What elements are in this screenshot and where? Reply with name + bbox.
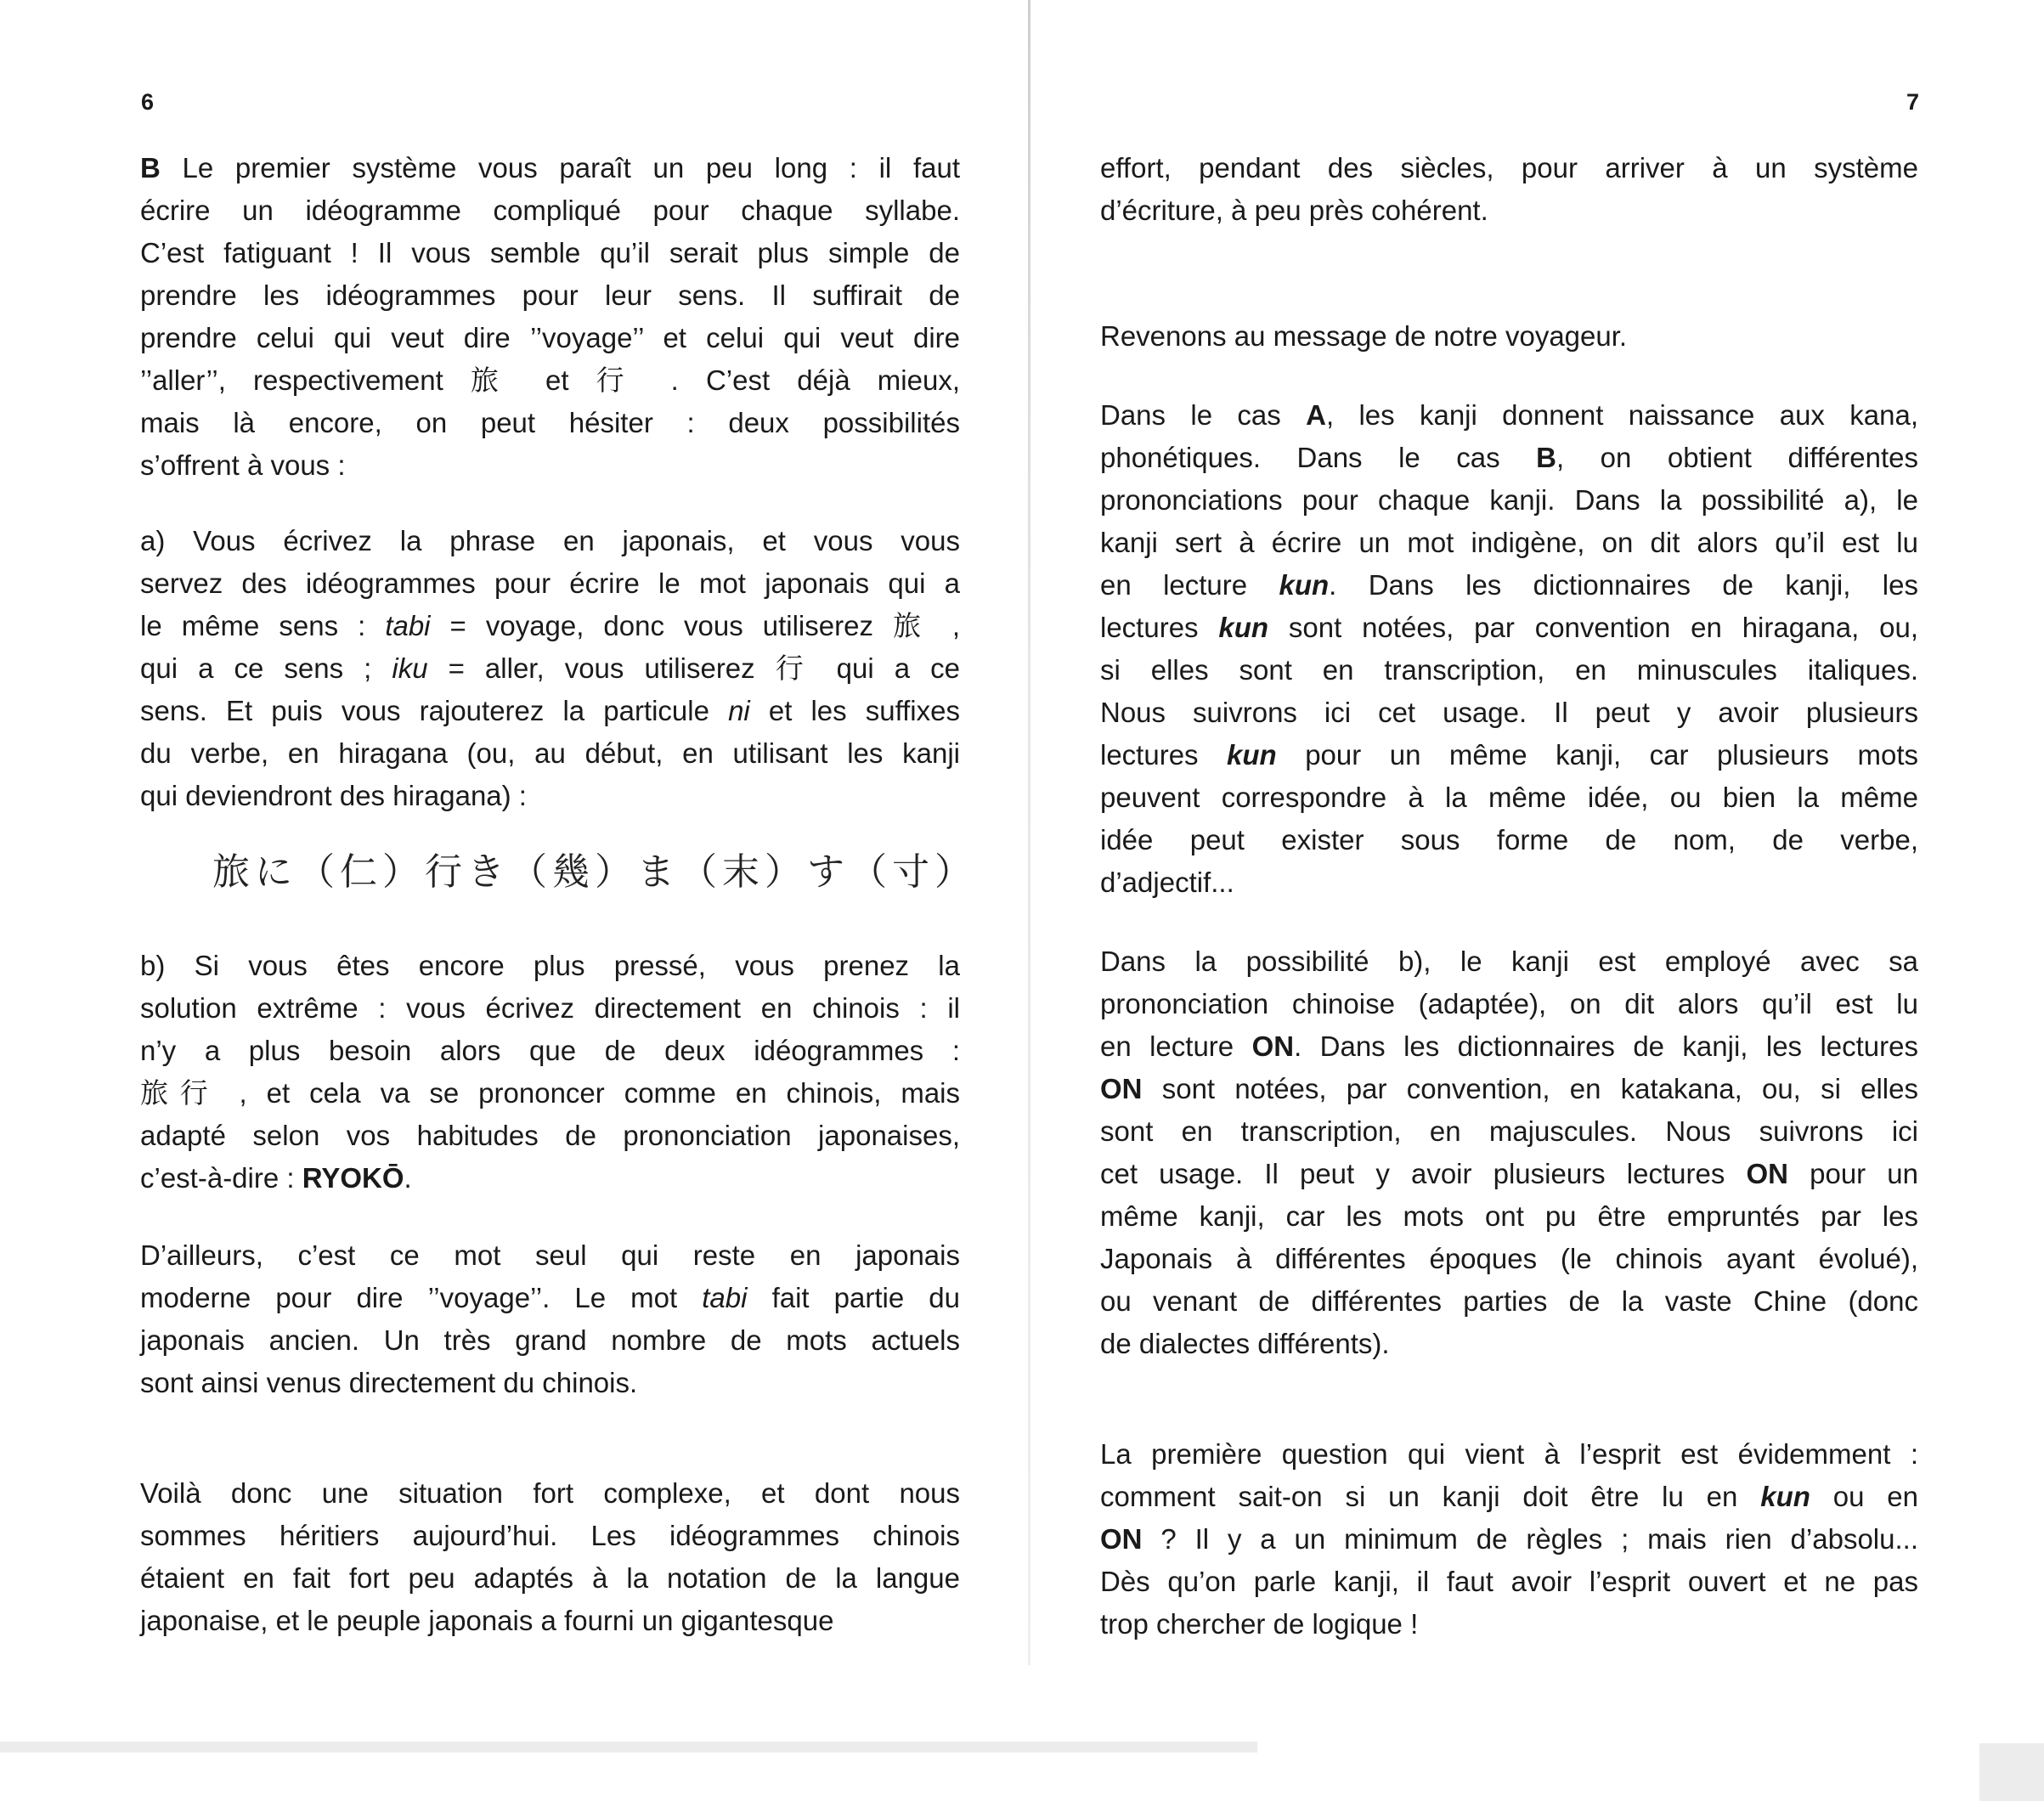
text-line: servez des idéogrammes pour écrire le mo… [140,567,960,601]
text-line: peuvent correspondre à la même idée, ou … [1100,781,1918,815]
text-line: écrire un idéogramme compliqué pour chaq… [140,194,960,228]
text-line: 旅行 , et cela va se prononcer comme en ch… [140,1076,960,1110]
text-line: d’écriture, à peu près cohérent. [1100,194,1918,228]
text-line: ON ? Il y a un minimum de règles ; mais … [1100,1522,1918,1556]
text-line: cet usage. Il peut y avoir plusieurs lec… [1100,1157,1918,1191]
text-line: b) Si vous êtes encore plus pressé, vous… [140,949,960,983]
text-line: trop chercher de logique ! [1100,1607,1918,1641]
text-line: sont ainsi venus directement du chinois. [140,1366,960,1400]
text-line: sens. Et puis vous rajouterez la particu… [140,694,960,728]
text-line: Dans la possibilité b), le kanji est emp… [1100,945,1918,979]
text-line: Japonais à différentes époques (le chino… [1100,1242,1918,1276]
text-line: même kanji, car les mots ont pu être emp… [1100,1200,1918,1234]
text-line: étaient en fait fort peu adaptés à la no… [140,1561,960,1595]
text-line: en lecture kun. Dans les dictionnaires d… [1100,568,1918,602]
scan-shadow-corner [1979,1743,2044,1801]
text-line: prononciations pour chaque kanji. Dans l… [1100,483,1918,517]
scan-shadow-band [0,1742,1257,1753]
text-line: kanji sert à écrire un mot indigène, on … [1100,526,1918,560]
text-line: mais là encore, on peut hésiter : deux p… [140,406,960,440]
text-line: phonétiques. Dans le cas B, on obtient d… [1100,441,1918,475]
text-line: La première question qui vient à l’espri… [1100,1437,1918,1471]
text-line: qui deviendront des hiragana) : [140,779,960,813]
text-line: prononciation chinoise (adaptée), on dit… [1100,987,1918,1021]
text-line: solution extrême : vous écrivez directem… [140,991,960,1025]
text-line: c’est-à-dire : RYOKŌ. [140,1161,960,1195]
text-line: japonaise, et le peuple japonais a fourn… [140,1604,960,1638]
text-line: a) Vous écrivez la phrase en japonais, e… [140,524,960,558]
text-line: si elles sont en transcription, en minus… [1100,653,1918,687]
book-spine [1028,0,1030,1665]
text-line: D’ailleurs, c’est ce mot seul qui reste … [140,1239,960,1273]
text-line: Nous suivrons ici cet usage. Il peut y a… [1100,696,1918,730]
text-line: lectures kun pour un même kanji, car plu… [1100,738,1918,772]
text-line: Dès qu’on parle kanji, il faut avoir l’e… [1100,1565,1918,1599]
text-line: de dialectes différents). [1100,1327,1918,1361]
text-line: ON sont notées, par convention, en katak… [1100,1072,1918,1106]
text-line: du verbe, en hiragana (ou, au début, en … [140,737,960,771]
japanese-example-sentence: 旅に（仁）行き（幾）ま（末）す（寸） [212,841,977,895]
text-line: sommes héritiers aujourd’hui. Les idéogr… [140,1519,960,1553]
page-number-right: 7 [1906,89,1919,116]
text-line: effort, pendant des siècles, pour arrive… [1100,151,1918,185]
text-line: lectures kun sont notées, par convention… [1100,611,1918,645]
text-line: Dans le cas A, les kanji donnent naissan… [1100,398,1918,432]
page-number-left: 6 [141,89,154,116]
text-line: comment sait-on si un kanji doit être lu… [1100,1480,1918,1514]
text-line: Revenons au message de notre voyageur. [1100,319,1918,353]
text-line: C’est fatiguant ! Il vous semble qu’il s… [140,236,960,270]
text-line: prendre les idéogrammes pour leur sens. … [140,279,960,313]
text-line: ou venant de différentes parties de la v… [1100,1284,1918,1318]
text-line: prendre celui qui veut dire ’’voyage’’ e… [140,321,960,355]
text-line: idée peut exister sous forme de nom, de … [1100,823,1918,857]
text-line: qui a ce sens ; iku = aller, vous utilis… [140,652,960,686]
text-line: le même sens : tabi = voyage, donc vous … [140,609,960,643]
text-line: n’y a plus besoin alors que de deux idéo… [140,1034,960,1068]
text-line: d’adjectif... [1100,866,1918,900]
text-line: adapté selon vos habitudes de prononciat… [140,1119,960,1153]
text-line: japonais ancien. Un très grand nombre de… [140,1324,960,1358]
text-line: Voilà donc une situation fort complexe, … [140,1476,960,1510]
text-line: en lecture ON. Dans les dictionnaires de… [1100,1030,1918,1064]
text-line: sont en transcription, en majuscules. No… [1100,1115,1918,1149]
text-line: ’’aller’’, respectivement 旅 et 行 . C’est… [140,364,960,398]
text-line: s’offrent à vous : [140,449,960,483]
text-line: moderne pour dire ’’voyage’’. Le mot tab… [140,1281,960,1315]
text-line: B Le premier système vous paraît un peu … [140,151,960,185]
